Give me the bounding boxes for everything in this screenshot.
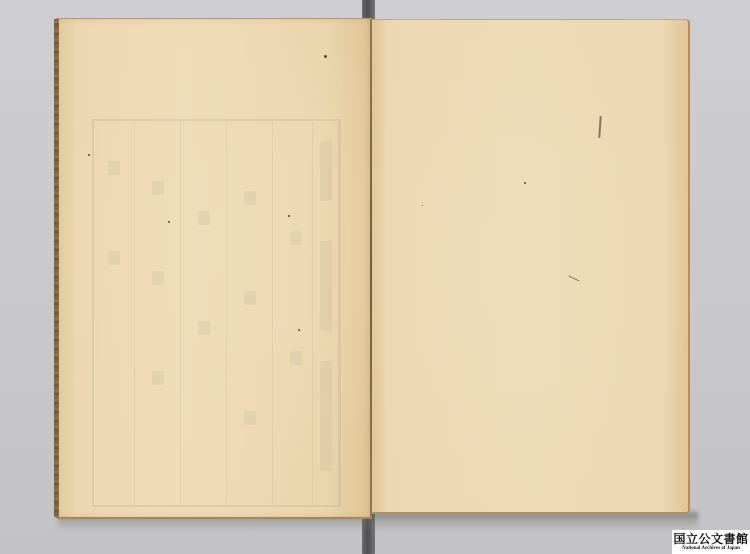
- paper-speck: [524, 182, 526, 184]
- bleed-glyph: [198, 211, 210, 225]
- archive-watermark: 国立公文書館 National Archives of Japan: [672, 530, 750, 554]
- paper-speck: [298, 329, 300, 331]
- bleed-column-line: [272, 121, 273, 505]
- bleed-glyph: [290, 351, 302, 365]
- bleed-glyph: [152, 371, 164, 385]
- bleed-column-line: [180, 121, 181, 505]
- paper-mark: [598, 116, 602, 138]
- bleed-glyph: [244, 291, 256, 305]
- bleed-glyph: [152, 271, 164, 285]
- page-gutter: [370, 19, 372, 517]
- bleed-glyph: [108, 161, 120, 175]
- bleed-glyph: [198, 321, 210, 335]
- paper-speck: [88, 154, 90, 156]
- paper-speck: [288, 215, 290, 217]
- bleed-glyph: [320, 361, 332, 471]
- paper-speck: [324, 55, 327, 58]
- bleed-column-line: [134, 121, 135, 505]
- bleed-glyph: [152, 181, 164, 195]
- paper-speck: [168, 221, 170, 223]
- bleed-glyph: [320, 241, 332, 331]
- paper-speck: [422, 205, 423, 206]
- bleed-glyph: [290, 231, 302, 245]
- bleed-column-line: [312, 121, 313, 505]
- right-page: [372, 19, 690, 514]
- bleed-glyph: [244, 411, 256, 425]
- watermark-japanese: 国立公文書館: [673, 533, 748, 546]
- bleed-glyph: [244, 191, 256, 205]
- bleed-glyph: [320, 141, 332, 201]
- paper-mark: [568, 276, 579, 282]
- left-page: [54, 18, 372, 519]
- bleed-through-table-frame: [92, 119, 341, 507]
- bleed-glyph: [108, 251, 120, 265]
- watermark-english: National Archives of Japan: [682, 546, 740, 552]
- bleed-column-line: [226, 121, 227, 505]
